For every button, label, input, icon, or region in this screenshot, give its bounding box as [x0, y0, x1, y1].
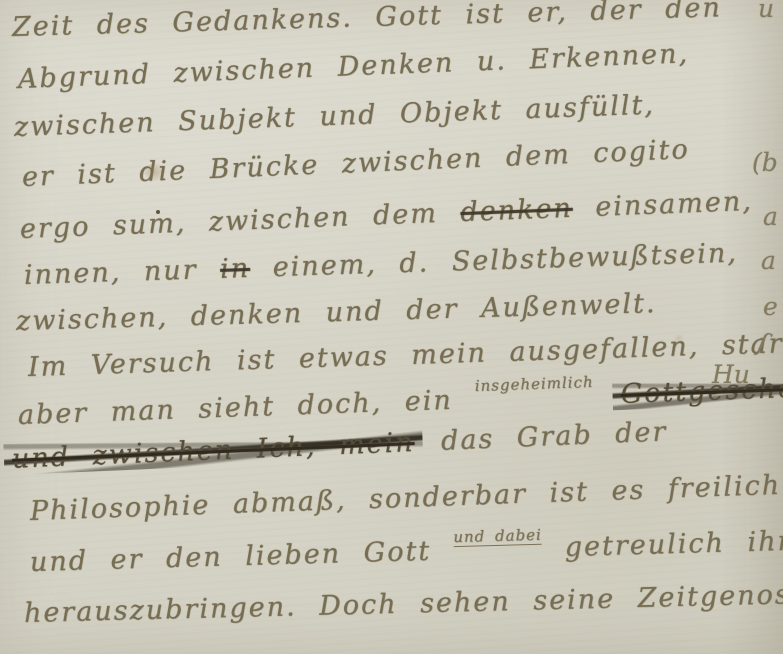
struck-word: in — [220, 253, 251, 285]
manuscript-line: und er den lieben Gott und dabei getreul… — [29, 522, 783, 586]
handwritten-text: Abgrund zwischen Denken u. Erkennen, — [17, 38, 689, 95]
handwritten-text: zwischen, denken und der Außenwelt. — [16, 288, 657, 337]
interlinear-insertion-underlined: und dabei — [453, 526, 542, 547]
manuscript-line: Philosophie abmaß, sonderbar ist es frei… — [29, 466, 781, 532]
handwritten-text: einsamen, — [572, 186, 753, 224]
handwritten-text: innen, nur — [23, 254, 220, 291]
interlinear-insertion: insgeheimlich — [474, 373, 593, 395]
heavily-struck-word: Gottgeschenk — [612, 371, 783, 410]
handwritten-text: einem, d. Selbstbewußtsein, — [250, 238, 739, 284]
handwritten-text: das Grab der — [418, 416, 668, 457]
manuscript-text: Zeit des Gedankens. Gott ist er, der den… — [0, 0, 783, 654]
handwritten-text: Philosophie abmaß, sonderbar ist es frei… — [29, 470, 781, 527]
manuscript-page: Zeit des Gedankens. Gott ist er, der den… — [0, 0, 783, 654]
handwritten-text: ergo sum, zwischen dem — [19, 197, 461, 245]
handwritten-text: und er den lieben Gott — [30, 535, 455, 578]
struck-word: denken — [460, 193, 573, 228]
handwritten-text: herauszubringen. Doch sehen seine Zeitge… — [24, 578, 783, 629]
handwritten-text: getreulich ihn — [542, 526, 783, 564]
